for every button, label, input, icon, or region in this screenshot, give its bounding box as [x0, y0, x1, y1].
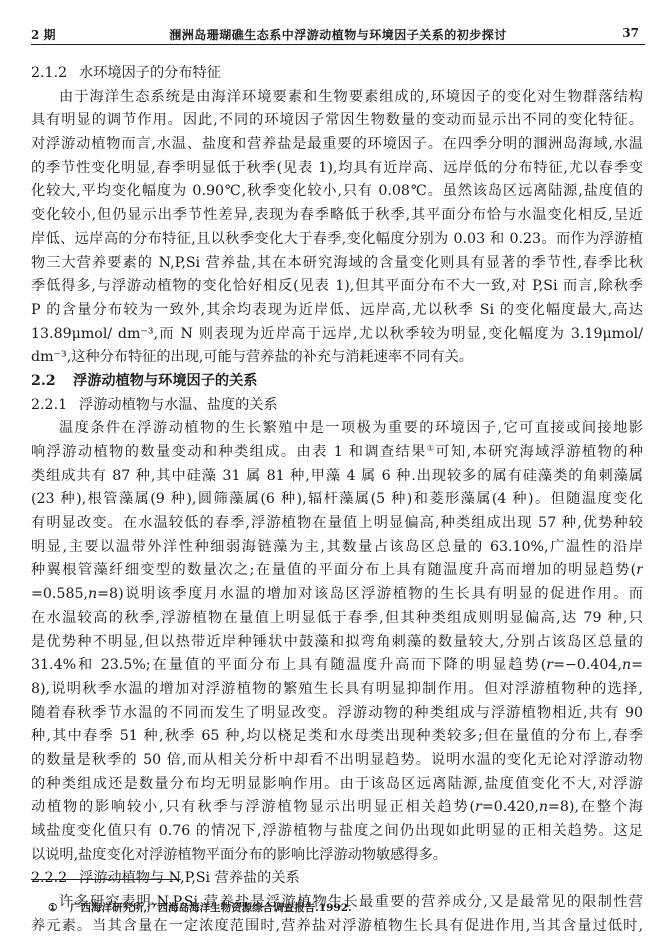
paragraph-line: 响浮游动植物的数量变动和种类组成。由表 1 和调查结果①可知,本研究海域浮游植物… [31, 441, 643, 465]
paragraph-line: 的季节性变化明显,春季明显低于秋季(见表 1),均具有近岸高、远岸低的分布特征,… [31, 157, 643, 181]
paragraph-line: 是优势种不明显,但以热带近岸种锤状中鼓藻和拟弯角刺藻的数量较大,分别占该岛区总量… [31, 631, 643, 655]
paragraph-line: 随着春秋季节水温的不同而发生了明显改变。浮游动物的种类组成与浮游植物相近,共有 … [31, 702, 643, 726]
section-heading-2-2-1: 2.2.1浮游动植物与水温、盐度的关系 [31, 394, 643, 418]
paragraph-line: =0.585,n=8)说明该季度月水温的增加对该岛区浮游植物的生长具有明显的促进… [31, 583, 643, 607]
paragraph-line: 养元素。当其含量在一定浓度范围时,营养盐对浮游植物生长具有促进作用,当其含量过低… [31, 915, 643, 936]
footnote-mark: ① [48, 902, 70, 914]
page-number: 37 [622, 26, 639, 40]
paragraph-line: 物三大营养要素的 N,P,Si 营养盐,其在本研究海域的含量变化则具有显著的季节… [31, 252, 643, 276]
section-heading-2-1-2: 2.1.2水环境因子的分布特征 [31, 62, 643, 86]
paragraph-line: 化较大,平均变化幅度为 0.90℃,秋季变化较小,只有 0.08℃。虽然该岛区远… [31, 180, 643, 204]
paragraph-line: 的种类组成还是数量分布均无明显影响作用。由于该岛区远离陆源,盐度值变化不大,对浮… [31, 773, 643, 797]
paragraph-line: 种,其中春季 51 种,秋季 65 种,均以桡足类和水母类出现种类较多;但在量值… [31, 725, 643, 749]
paragraph-line: 由于海洋生态系统是由海洋环境要素和生物要素组成的,环境因子的变化对生物群落结构 [31, 86, 643, 110]
paragraph-line: (23 种),根管藻属(9 种),圆筛藻属(6 种),辐杆藻属(5 种)和菱形藻… [31, 488, 643, 512]
paragraph-line: 有明显改变。在水温较低的春季,浮游植物在量值上明显偏高,种类组成出现 57 种,… [31, 512, 643, 536]
paragraph-line: 对浮游动植物而言,水温、盐度和营养盐是最重要的环境因子。在四季分明的涠洲岛海域,… [31, 133, 643, 157]
paragraph-line: 以说明,盐度变化对浮游植物平面分布的影响比浮游动物敏感得多。 [31, 844, 643, 868]
paragraph-line: 变化较小,但仍显示出季节性差异,表现为春季略低于秋季,其平面分布恰与水温变化相反… [31, 204, 643, 228]
paragraph-line: 在水温较高的秋季,浮游植物在量值上明显低于春季,但其种类组成则明显偏高,达 79… [31, 607, 643, 631]
article-body: 2.1.2水环境因子的分布特征 由于海洋生态系统是由海洋环境要素和生物要素组成的… [31, 62, 643, 936]
paragraph-line: 的数量是秋季的 50 倍,而从相关分析中却看不出明显趋势。说明水温的变化无论对浮… [31, 749, 643, 773]
paragraph-line: 岸低、远岸高的分布特征,且以秋季变化大于春季,变化幅度分别为 0.03 和 0.… [31, 228, 643, 252]
paragraph-line: 类组成共有 87 种,其中硅藻 31 属 81 种,甲藻 4 属 6 种.出现较… [31, 465, 643, 489]
running-title: 涠洲岛珊瑚礁生态系中浮游动植物与环境因子关系的初步探讨 [31, 26, 645, 43]
paragraph-line: 8),说明秋季水温的增加对浮游植物的繁殖生长具有明显抑制作用。但对浮游植物种的选… [31, 678, 643, 702]
paragraph-line: 13.89μmol/ dm⁻³,而 N 则表现为近岸高于远岸,尤以秋季较为明显,… [31, 323, 643, 347]
paragraph-line: 温度条件在浮游动植物的生长繁殖中是一项极为重要的环境因子,它可直接或间接地影 [31, 417, 643, 441]
paragraph-line: 31.4%和 23.5%;在量值的平面分布上具有随温度升高而下降的明显趋势(r=… [31, 654, 643, 678]
section-heading-2-2: 2.2浮游动植物与环境因子的关系 [31, 370, 643, 394]
footnote-text: 广西海洋研究所,广西海岛海洋生物资源综合调查报告.1992. [70, 902, 352, 914]
paragraph-line: 具有明显的调节作用。因此,不同的环境因子常因生物数量的变动而显示出不同的变化特征… [31, 109, 643, 133]
paragraph-line: dm⁻³,这种分布特征的出现,可能与营养盐的补充与消耗速率不同有关。 [31, 346, 643, 370]
paragraph-line: 季低得多,与浮游动植物的变化恰好相反(见表 1),但其平面分布不大一致,对 P,… [31, 275, 643, 299]
footnote-divider [31, 879, 181, 880]
running-header: 2 期 涠洲岛珊瑚礁生态系中浮游动植物与环境因子关系的初步探讨 37 [31, 22, 645, 45]
footnote: ①广西海洋研究所,广西海岛海洋生物资源综合调查报告.1992. [48, 900, 352, 915]
paragraph-line: 域盐度变化值只有 0.76 的情况下,浮游植物与盐度之间仍出现如此明显的正相关趋… [31, 820, 643, 844]
paragraph-line: 种翼根管藻纤细变型的数量次之;在量值的平面分布上具有随温度升高而增加的明显趋势(… [31, 559, 643, 583]
paragraph-line: P 的含量分布较为一致外,其余均表现为近岸低、远岸高,尤以秋季 Si 的变化幅度… [31, 299, 643, 323]
paragraph-line: 明显,主要以温带外洋性种细弱海链藻为主,其数量占该岛区总量的 63.10%,广温… [31, 536, 643, 560]
paragraph-line: 动植物的影响较小,只有秋季与浮游植物显示出明显正相关趋势(r=0.420,n=8… [31, 796, 643, 820]
